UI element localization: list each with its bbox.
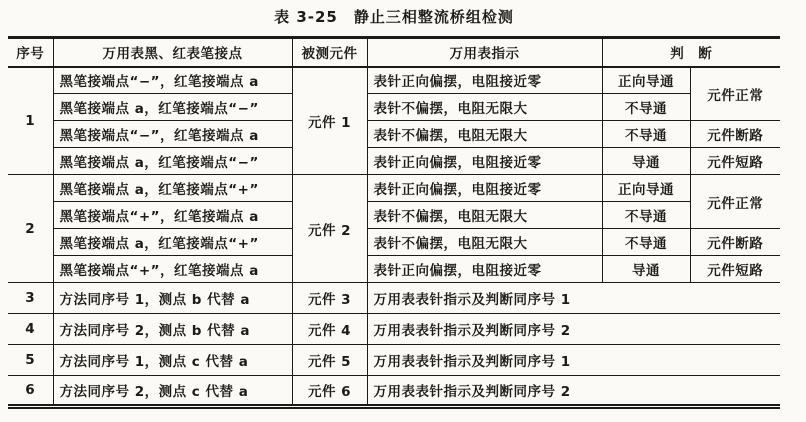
cell-conduction: 不导通: [602, 202, 690, 229]
cell-conduction: 不导通: [602, 229, 690, 256]
cell-verdict: 元件断路: [690, 229, 780, 256]
cell-component: 元件 4: [292, 314, 367, 345]
cell-conduction: 正向导通: [602, 67, 690, 94]
header-judgment: 判 断: [602, 38, 780, 67]
cell-verdict: 元件正常: [690, 67, 780, 121]
table-row: 黑笔接端点“+”，红笔接端点 a 表针正向偏摆，电阻接近零 导通 元件短路: [8, 256, 780, 283]
cell-indication: 表针正向偏摆，电阻接近零: [367, 67, 602, 94]
cell-probe: 黑笔接端点“+”，红笔接端点 a: [53, 256, 292, 283]
cell-note: 万用表表针指示及判断同序号 1: [367, 345, 780, 376]
cell-probe: 黑笔接端点 a，红笔接端点“−”: [53, 148, 292, 175]
table-row: 黑笔接端点“−”，红笔接端点 a 表针不偏摆，电阻无限大 不导通 元件断路: [8, 121, 780, 148]
cell-conduction: 不导通: [602, 94, 690, 121]
cell-index: 5: [8, 345, 53, 376]
table-row: 黑笔接端点 a，红笔接端点“−” 表针不偏摆，电阻无限大 不导通: [8, 94, 780, 121]
cell-conduction: 导通: [602, 148, 690, 175]
cell-probe: 方法同序号 1，测点 b 代替 a: [53, 283, 292, 314]
cell-probe: 黑笔接端点“−”，红笔接端点 a: [53, 67, 292, 94]
cell-conduction: 导通: [602, 256, 690, 283]
cell-note: 万用表表针指示及判断同序号 2: [367, 376, 780, 407]
cell-index: 4: [8, 314, 53, 345]
table-row: 黑笔接端点“+”，红笔接端点 a 表针不偏摆，电阻无限大 不导通: [8, 202, 780, 229]
cell-component: 元件 5: [292, 345, 367, 376]
cell-component: 元件 2: [292, 175, 367, 283]
cell-probe: 黑笔接端点“+”，红笔接端点 a: [53, 202, 292, 229]
cell-index: 6: [8, 376, 53, 407]
cell-probe: 方法同序号 2，测点 b 代替 a: [53, 314, 292, 345]
cell-indication: 表针正向偏摆，电阻接近零: [367, 148, 602, 175]
cell-indication: 表针正向偏摆，电阻接近零: [367, 256, 602, 283]
rectifier-detection-table: 序号 万用表黑、红表笔接点 被测元件 万用表指示 判 断 1 黑笔接端点“−”，…: [8, 36, 780, 409]
cell-component: 元件 6: [292, 376, 367, 407]
cell-conduction: 不导通: [602, 121, 690, 148]
cell-indication: 表针不偏摆，电阻无限大: [367, 229, 602, 256]
header-component: 被测元件: [292, 38, 367, 67]
table-row: 5 方法同序号 1，测点 c 代替 a 元件 5 万用表表针指示及判断同序号 1: [8, 345, 780, 376]
cell-index: 3: [8, 283, 53, 314]
cell-verdict: 元件短路: [690, 148, 780, 175]
cell-verdict: 元件正常: [690, 175, 780, 229]
table-row: 4 方法同序号 2，测点 b 代替 a 元件 4 万用表表针指示及判断同序号 2: [8, 314, 780, 345]
header-index: 序号: [8, 38, 53, 67]
cell-note: 万用表表针指示及判断同序号 1: [367, 283, 780, 314]
cell-indication: 表针不偏摆，电阻无限大: [367, 202, 602, 229]
cell-conduction: 正向导通: [602, 175, 690, 202]
cell-probe: 方法同序号 1，测点 c 代替 a: [53, 345, 292, 376]
cell-indication: 表针不偏摆，电阻无限大: [367, 121, 602, 148]
cell-index: 1: [8, 67, 53, 175]
cell-indication: 表针正向偏摆，电阻接近零: [367, 175, 602, 202]
table-row: 6 方法同序号 2，测点 c 代替 a 元件 6 万用表表针指示及判断同序号 2: [8, 376, 780, 407]
cell-note: 万用表表针指示及判断同序号 2: [367, 314, 780, 345]
cell-probe: 黑笔接端点 a，红笔接端点“+”: [53, 229, 292, 256]
cell-probe: 黑笔接端点 a，红笔接端点“−”: [53, 94, 292, 121]
cell-verdict: 元件断路: [690, 121, 780, 148]
cell-indication: 表针不偏摆，电阻无限大: [367, 94, 602, 121]
header-probe: 万用表黑、红表笔接点: [53, 38, 292, 67]
cell-probe: 方法同序号 2，测点 c 代替 a: [53, 376, 292, 407]
table-row: 3 方法同序号 1，测点 b 代替 a 元件 3 万用表表针指示及判断同序号 1: [8, 283, 780, 314]
cell-probe: 黑笔接端点“−”，红笔接端点 a: [53, 121, 292, 148]
table-row: 2 黑笔接端点 a，红笔接端点“+” 元件 2 表针正向偏摆，电阻接近零 正向导…: [8, 175, 780, 202]
cell-probe: 黑笔接端点 a，红笔接端点“+”: [53, 175, 292, 202]
table-row: 黑笔接端点 a，红笔接端点“−” 表针正向偏摆，电阻接近零 导通 元件短路: [8, 148, 780, 175]
table-title: 表 3-25 静止三相整流桥组检测: [8, 6, 780, 27]
table-row: 黑笔接端点 a，红笔接端点“+” 表针不偏摆，电阻无限大 不导通 元件断路: [8, 229, 780, 256]
scanned-page: 表 3-25 静止三相整流桥组检测 序号 万用表黑、红表笔接点 被测元件 万用表…: [0, 0, 806, 409]
table-row: 1 黑笔接端点“−”，红笔接端点 a 元件 1 表针正向偏摆，电阻接近零 正向导…: [8, 67, 780, 94]
cell-index: 2: [8, 175, 53, 283]
cell-component: 元件 3: [292, 283, 367, 314]
header-row: 序号 万用表黑、红表笔接点 被测元件 万用表指示 判 断: [8, 38, 780, 67]
cell-verdict: 元件短路: [690, 256, 780, 283]
cell-component: 元件 1: [292, 67, 367, 175]
header-indication: 万用表指示: [367, 38, 602, 67]
